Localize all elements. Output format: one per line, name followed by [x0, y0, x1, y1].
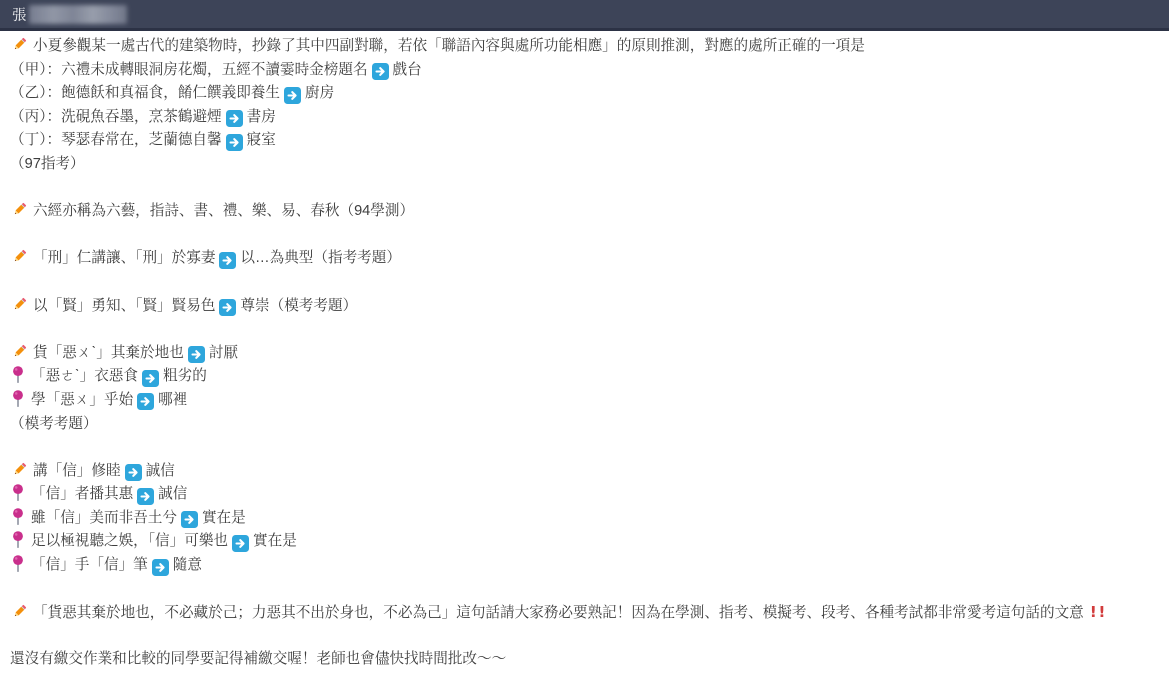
right-arrow-icon [181, 511, 198, 528]
blank-line [10, 436, 1159, 460]
text-line: （97指考） [10, 153, 1159, 177]
round-pushpin-icon [12, 531, 24, 548]
text-segment: 誠信 [146, 463, 175, 479]
right-arrow-icon [226, 110, 243, 127]
blank-line [10, 271, 1159, 295]
blank-line [10, 625, 1159, 649]
text-segment: 討厭 [209, 345, 238, 361]
round-pushpin-icon [12, 366, 24, 383]
text-segment: 書房 [247, 109, 276, 125]
text-segment: 「信」者播其惠 [31, 486, 133, 502]
text-segment: 隨意 [173, 557, 202, 573]
text-line: （甲）：六禮未成轉眼洞房花燭，五經不讀霎時金榜題名戲台 [10, 59, 1159, 83]
redacted-name-blur [29, 5, 127, 24]
text-segment: 還沒有繳交作業和比較的同學要記得補繳交喔！老師也會儘快找時間批改～～ [10, 651, 506, 667]
pencil-icon [11, 36, 28, 53]
text-segment: 足以極視聽之娛，「信」可樂也 [31, 533, 228, 549]
pencil-icon [11, 248, 28, 265]
text-segment: 尊崇（模考考題） [240, 298, 357, 314]
text-segment: 雖「信」美而非吾土兮 [31, 510, 177, 526]
text-line: 以「賢」勇知、「賢」賢易色尊崇（模考考題） [10, 295, 1159, 319]
text-line: 貨「惡ㄨˋ」其棄於地也討厭 [10, 342, 1159, 366]
text-segment: 小夏參觀某一處古代的建築物時，抄錄了其中四副對聯，若依「聯語內容與處所功能相應」… [33, 38, 865, 54]
header-bar: 張 [0, 0, 1169, 31]
text-segment: 廚房 [305, 85, 334, 101]
right-arrow-icon [284, 87, 301, 104]
blank-line [10, 318, 1159, 342]
text-segment: 哪裡 [158, 392, 187, 408]
round-pushpin-icon [12, 484, 24, 501]
text-line: 「貨惡其棄於地也，不必藏於己；力惡其不出於身也，不必為己」這句話請大家務必要熟記… [10, 601, 1159, 625]
text-segment: 「貨惡其棄於地也，不必藏於己；力惡其不出於身也，不必為己」這句話請大家務必要熟記… [33, 605, 1084, 621]
text-line: （丙）：洗硯魚吞墨，烹茶鶴避煙書房 [10, 106, 1159, 130]
text-segment: 誠信 [158, 486, 187, 502]
text-segment: （模考考題） [10, 416, 98, 432]
round-pushpin-icon [12, 390, 24, 407]
text-line: 學「惡ㄨ」乎始哪裡 [10, 389, 1159, 413]
right-arrow-icon [226, 134, 243, 151]
text-line: 「惡ㄜˋ」衣惡食粗劣的 [10, 365, 1159, 389]
text-line: 「刑」仁講讓、「刑」於寡妻以…為典型（指考考題） [10, 247, 1159, 271]
text-segment: 實在是 [253, 533, 297, 549]
double-exclamation-icon: !! [1090, 601, 1107, 625]
right-arrow-icon [152, 559, 169, 576]
round-pushpin-icon [12, 555, 24, 572]
text-line: （乙）：飽德飫和真福食，餚仁饌義即養生廚房 [10, 82, 1159, 106]
text-segment: 「惡ㄜˋ」衣惡食 [31, 368, 138, 384]
pencil-icon [11, 603, 28, 620]
text-line: 「信」手「信」筆隨意 [10, 554, 1159, 578]
right-arrow-icon [219, 299, 236, 316]
round-pushpin-icon [12, 508, 24, 525]
text-segment: 「信」手「信」筆 [31, 557, 148, 573]
text-segment: 戲台 [393, 62, 422, 78]
blank-line [10, 177, 1159, 201]
text-line: 講「信」修睦誠信 [10, 460, 1159, 484]
blank-line [10, 224, 1159, 248]
pencil-icon [11, 461, 28, 478]
right-arrow-icon [125, 464, 142, 481]
pencil-icon [11, 201, 28, 218]
text-segment: 六經亦稱為六藝，指詩、書、禮、樂、易、春秋（94學測） [33, 203, 414, 219]
blank-line [10, 578, 1159, 602]
author-name: 張 [12, 4, 27, 25]
text-segment: （乙）：飽德飫和真福食，餚仁饌義即養生 [10, 85, 280, 101]
right-arrow-icon [137, 393, 154, 410]
text-line: 「信」者播其惠誠信 [10, 483, 1159, 507]
text-segment: （97指考） [10, 156, 85, 172]
right-arrow-icon [142, 370, 159, 387]
text-segment: 「刑」仁講讓、「刑」於寡妻 [33, 250, 215, 266]
text-line: 還沒有繳交作業和比較的同學要記得補繳交喔！老師也會儘快找時間批改～～ [10, 648, 1159, 672]
text-segment: 以…為典型（指考考題） [240, 250, 401, 266]
text-segment: 粗劣的 [163, 368, 207, 384]
text-line: 足以極視聽之娛，「信」可樂也實在是 [10, 530, 1159, 554]
text-line: （模考考題） [10, 413, 1159, 437]
right-arrow-icon [372, 63, 389, 80]
text-segment: 以「賢」勇知、「賢」賢易色 [33, 298, 215, 314]
text-segment: 講「信」修睦 [33, 463, 121, 479]
text-segment: 寢室 [247, 132, 276, 148]
right-arrow-icon [137, 488, 154, 505]
text-line: 小夏參觀某一處古代的建築物時，抄錄了其中四副對聯，若依「聯語內容與處所功能相應」… [10, 35, 1159, 59]
text-segment: （丁）：琴瑟春常在，芝蘭德自馨 [10, 132, 222, 148]
text-line: 六經亦稱為六藝，指詩、書、禮、樂、易、春秋（94學測） [10, 200, 1159, 224]
text-segment: 貨「惡ㄨˋ」其棄於地也 [33, 345, 184, 361]
text-line: （丁）：琴瑟春常在，芝蘭德自馨寢室 [10, 129, 1159, 153]
text-segment: 實在是 [202, 510, 246, 526]
pencil-icon [11, 296, 28, 313]
right-arrow-icon [188, 346, 205, 363]
pencil-icon [11, 343, 28, 360]
message-body: 小夏參觀某一處古代的建築物時，抄錄了其中四副對聯，若依「聯語內容與處所功能相應」… [0, 31, 1169, 672]
text-segment: （甲）：六禮未成轉眼洞房花燭，五經不讀霎時金榜題名 [10, 62, 368, 78]
right-arrow-icon [232, 535, 249, 552]
text-segment: 學「惡ㄨ」乎始 [31, 392, 133, 408]
text-line: 雖「信」美而非吾土兮實在是 [10, 507, 1159, 531]
text-segment: （丙）：洗硯魚吞墨，烹茶鶴避煙 [10, 109, 222, 125]
right-arrow-icon [219, 252, 236, 269]
